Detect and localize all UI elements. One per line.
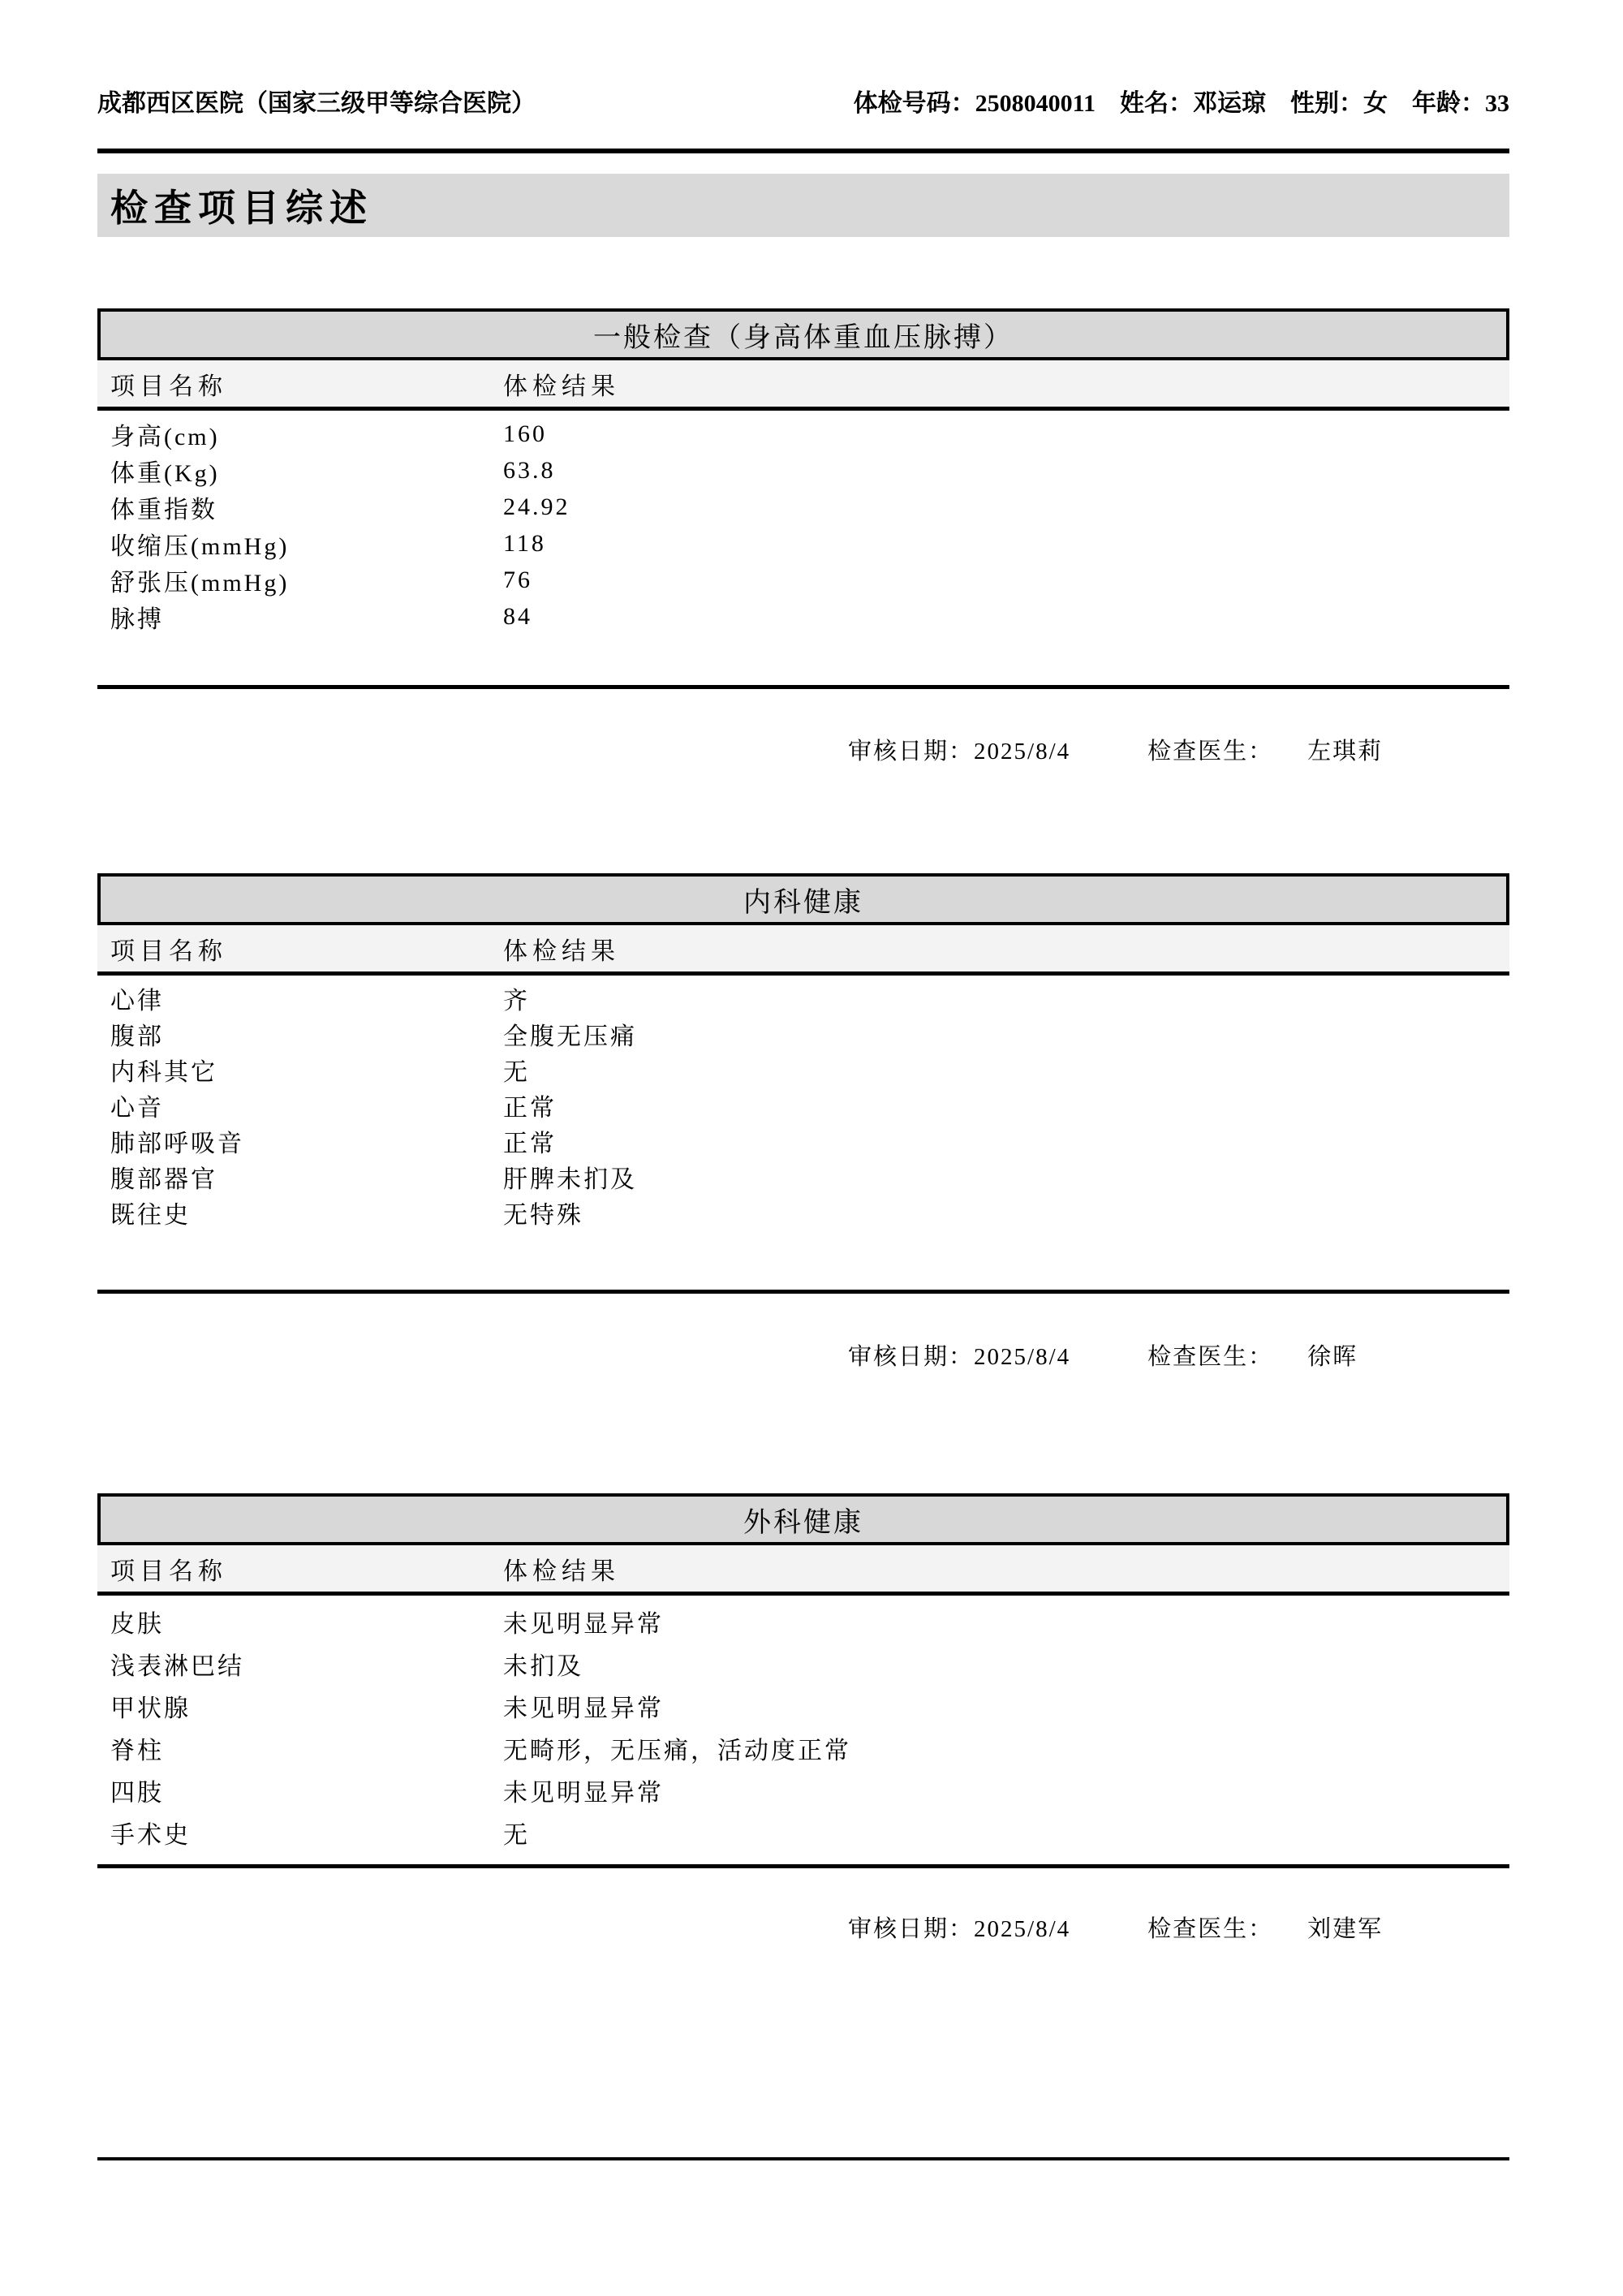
column-header-result: 体检结果 <box>503 366 1509 402</box>
patient-age: 年龄：33 <box>1412 83 1509 118</box>
table-surgery-title: 外科健康 <box>97 1493 1509 1545</box>
table-row: 体重指数24.92 <box>110 489 1509 525</box>
table-row: 体重(Kg)63.8 <box>110 452 1509 489</box>
doctor-name: 徐晖 <box>1307 1338 1358 1372</box>
table-internal-medicine-body: 心律齐 腹部全腹无压痛 内科其它无 心音正常 肺部呼吸音正常 腹部器官肝脾未扪及… <box>97 976 1509 1294</box>
audit-line-surgery: 审核日期：2025/8/4 检查医生： 刘建军 <box>848 1910 1383 1944</box>
table-row: 心音正常 <box>110 1088 1509 1123</box>
audit-line-general-exam: 审核日期：2025/8/4 检查医生： 左琪莉 <box>848 733 1383 766</box>
table-row: 手术史无 <box>110 1811 1509 1854</box>
table-row: 皮肤未见明显异常 <box>110 1600 1509 1643</box>
table-row: 腹部全腹无压痛 <box>110 1016 1509 1052</box>
table-surgery-header: 项目名称 体检结果 <box>97 1545 1509 1596</box>
table-row: 脊柱无畸形，无压痛，活动度正常 <box>110 1727 1509 1769</box>
table-row: 舒张压(mmHg)76 <box>110 562 1509 598</box>
doctor-label: 检查医生： <box>1147 1910 1273 1944</box>
doctor-label: 检查医生： <box>1147 1338 1273 1372</box>
review-date: 审核日期：2025/8/4 <box>848 1910 1070 1944</box>
table-surgery-body: 皮肤未见明显异常 浅表淋巴结未扪及 甲状腺未见明显异常 脊柱无畸形，无压痛，活动… <box>97 1596 1509 1868</box>
table-row: 肺部呼吸音正常 <box>110 1123 1509 1159</box>
column-header-item: 项目名称 <box>110 931 503 967</box>
table-row: 甲状腺未见明显异常 <box>110 1685 1509 1727</box>
table-row: 收缩压(mmHg)118 <box>110 525 1509 562</box>
report-page: 成都西区医院（国家三级甲等综合医院） 体检号码：2508040011 姓名：邓运… <box>0 0 1623 2296</box>
page-title: 检查项目综述 <box>97 174 1509 237</box>
audit-line-internal-medicine: 审核日期：2025/8/4 检查医生： 徐晖 <box>848 1338 1358 1372</box>
table-row: 四肢未见明显异常 <box>110 1769 1509 1811</box>
hospital-name: 成都西区医院（国家三级甲等综合医院） <box>97 83 536 118</box>
doctor-name: 刘建军 <box>1307 1910 1383 1944</box>
table-row: 腹部器官肝脾未扪及 <box>110 1159 1509 1195</box>
table-internal-medicine-header: 项目名称 体检结果 <box>97 925 1509 976</box>
doctor-label: 检查医生： <box>1147 733 1273 766</box>
table-row: 浅表淋巴结未扪及 <box>110 1643 1509 1685</box>
table-internal-medicine: 内科健康 项目名称 体检结果 心律齐 腹部全腹无压痛 内科其它无 心音正常 肺部… <box>97 873 1509 1294</box>
patient-gender: 性别：女 <box>1290 83 1388 118</box>
column-header-result: 体检结果 <box>503 931 1509 967</box>
footer-rule <box>97 2157 1509 2160</box>
table-general-exam-header: 项目名称 体检结果 <box>97 360 1509 411</box>
table-row: 既往史无特殊 <box>110 1195 1509 1230</box>
column-header-result: 体检结果 <box>503 1551 1509 1587</box>
column-header-item: 项目名称 <box>110 1551 503 1587</box>
table-row: 身高(cm)160 <box>110 416 1509 452</box>
table-surgery: 外科健康 项目名称 体检结果 皮肤未见明显异常 浅表淋巴结未扪及 甲状腺未见明显… <box>97 1493 1509 1868</box>
review-date: 审核日期：2025/8/4 <box>848 733 1070 766</box>
doctor-name: 左琪莉 <box>1307 733 1383 766</box>
table-row: 脉搏84 <box>110 598 1509 635</box>
review-date: 审核日期：2025/8/4 <box>848 1338 1070 1372</box>
table-internal-medicine-title: 内科健康 <box>97 873 1509 925</box>
exam-number: 体检号码：2508040011 <box>854 83 1096 118</box>
patient-name: 姓名：邓运琼 <box>1120 83 1266 118</box>
table-general-exam-title: 一般检查（身高体重血压脉搏） <box>97 308 1509 360</box>
patient-info: 体检号码：2508040011 姓名：邓运琼 性别：女 年龄：33 <box>854 83 1509 118</box>
table-general-exam-body: 身高(cm)160 体重(Kg)63.8 体重指数24.92 收缩压(mmHg)… <box>97 411 1509 689</box>
header-rule <box>97 149 1509 153</box>
table-row: 心律齐 <box>110 980 1509 1016</box>
page-header: 成都西区医院（国家三级甲等综合医院） 体检号码：2508040011 姓名：邓运… <box>97 83 1509 118</box>
table-general-exam: 一般检查（身高体重血压脉搏） 项目名称 体检结果 身高(cm)160 体重(Kg… <box>97 308 1509 689</box>
column-header-item: 项目名称 <box>110 366 503 402</box>
table-row: 内科其它无 <box>110 1052 1509 1088</box>
